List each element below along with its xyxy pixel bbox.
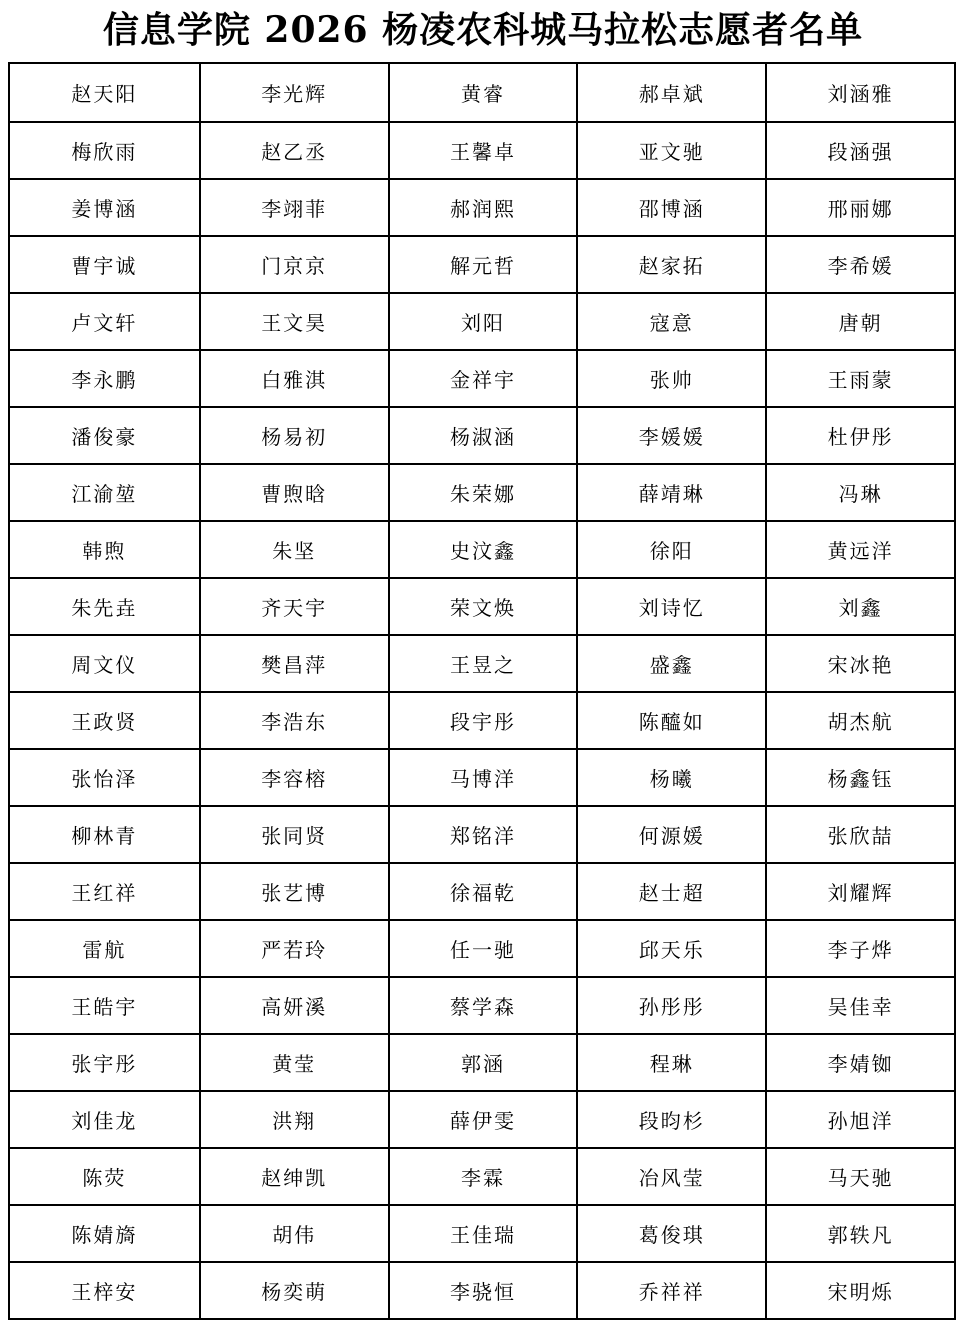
name-cell: 胡杰航 [765, 693, 954, 748]
name-cell: 朱荣娜 [388, 465, 577, 520]
name-cell: 郝润熙 [388, 180, 577, 235]
name-cell: 白雅淇 [199, 351, 388, 406]
name-cell: 段宇彤 [388, 693, 577, 748]
name-cell: 郑铭洋 [388, 807, 577, 862]
name-cell: 杨易初 [199, 408, 388, 463]
name-cell: 江渝堃 [10, 465, 199, 520]
name-cell: 杨淑涵 [388, 408, 577, 463]
table-row: 李永鹏白雅淇金祥宇张帅王雨蒙 [10, 349, 954, 406]
name-cell: 朱先垚 [10, 579, 199, 634]
name-cell: 李婧铷 [765, 1035, 954, 1090]
name-cell: 邱天乐 [576, 921, 765, 976]
name-cell: 黄莹 [199, 1035, 388, 1090]
table-row: 陈荧赵绅凯李霖冶风莹马天驰 [10, 1147, 954, 1204]
table-row: 梅欣雨赵乙丞王馨卓亚文驰段涵强 [10, 121, 954, 178]
name-cell: 宋冰艳 [765, 636, 954, 691]
name-cell: 乔祥祥 [576, 1263, 765, 1318]
name-cell: 陈荧 [10, 1149, 199, 1204]
table-row: 张宇彤黄莹郭涵程琳李婧铷 [10, 1033, 954, 1090]
table-row: 王政贤李浩东段宇彤陈醯如胡杰航 [10, 691, 954, 748]
name-cell: 潘俊豪 [10, 408, 199, 463]
table-row: 卢文轩王文昊刘阳寇意唐朝 [10, 292, 954, 349]
volunteer-table: 赵天阳李光辉黄睿郝卓斌刘涵雅梅欣雨赵乙丞王馨卓亚文驰段涵强姜博涵李翊菲郝润熙邵博… [8, 62, 956, 1320]
name-cell: 赵绅凯 [199, 1149, 388, 1204]
name-cell: 陈婧旖 [10, 1206, 199, 1261]
name-cell: 徐福乾 [388, 864, 577, 919]
name-cell: 曹煦晗 [199, 465, 388, 520]
name-cell: 杨鑫钰 [765, 750, 954, 805]
name-cell: 齐天宇 [199, 579, 388, 634]
table-row: 雷航严若玲任一驰邱天乐李子烨 [10, 919, 954, 976]
name-cell: 陈醯如 [576, 693, 765, 748]
name-cell: 李翊菲 [199, 180, 388, 235]
name-cell: 段涵强 [765, 123, 954, 178]
name-cell: 严若玲 [199, 921, 388, 976]
name-cell: 马天驰 [765, 1149, 954, 1204]
name-cell: 周文仪 [10, 636, 199, 691]
name-cell: 盛鑫 [576, 636, 765, 691]
name-cell: 任一驰 [388, 921, 577, 976]
name-cell: 何源媛 [576, 807, 765, 862]
name-cell: 樊昌萍 [199, 636, 388, 691]
name-cell: 薛靖琳 [576, 465, 765, 520]
name-cell: 赵士超 [576, 864, 765, 919]
name-cell: 郭涵 [388, 1035, 577, 1090]
name-cell: 寇意 [576, 294, 765, 349]
name-cell: 李骁恒 [388, 1263, 577, 1318]
name-cell: 雷航 [10, 921, 199, 976]
name-cell: 王文昊 [199, 294, 388, 349]
name-cell: 杜伊彤 [765, 408, 954, 463]
name-cell: 王昱之 [388, 636, 577, 691]
name-cell: 史汶鑫 [388, 522, 577, 577]
table-row: 王皓宇高妍溪蔡学森孙彤彤吴佳幸 [10, 976, 954, 1033]
name-cell: 刘耀辉 [765, 864, 954, 919]
table-row: 王梓安杨奕萌李骁恒乔祥祥宋明烁 [10, 1261, 954, 1318]
name-cell: 洪翔 [199, 1092, 388, 1147]
name-cell: 柳林青 [10, 807, 199, 862]
name-cell: 徐阳 [576, 522, 765, 577]
name-cell: 王皓宇 [10, 978, 199, 1033]
table-row: 姜博涵李翊菲郝润熙邵博涵邢丽娜 [10, 178, 954, 235]
name-cell: 宋明烁 [765, 1263, 954, 1318]
name-cell: 张怡泽 [10, 750, 199, 805]
name-cell: 吴佳幸 [765, 978, 954, 1033]
name-cell: 薛伊雯 [388, 1092, 577, 1147]
table-row: 曹宇诚门京京解元哲赵家拓李希媛 [10, 235, 954, 292]
name-cell: 杨奕萌 [199, 1263, 388, 1318]
name-cell: 唐朝 [765, 294, 954, 349]
table-row: 韩煦朱坚史汶鑫徐阳黄远洋 [10, 520, 954, 577]
table-row: 江渝堃曹煦晗朱荣娜薛靖琳冯琳 [10, 463, 954, 520]
table-row: 刘佳龙洪翔薛伊雯段昀杉孙旭洋 [10, 1090, 954, 1147]
name-cell: 程琳 [576, 1035, 765, 1090]
name-cell: 郭轶凡 [765, 1206, 954, 1261]
name-cell: 李希媛 [765, 237, 954, 292]
name-cell: 赵乙丞 [199, 123, 388, 178]
name-cell: 解元哲 [388, 237, 577, 292]
name-cell: 黄睿 [388, 64, 577, 121]
name-cell: 张宇彤 [10, 1035, 199, 1090]
name-cell: 葛俊琪 [576, 1206, 765, 1261]
name-cell: 曹宇诚 [10, 237, 199, 292]
name-cell: 邵博涵 [576, 180, 765, 235]
table-row: 朱先垚齐天宇荣文焕刘诗忆刘鑫 [10, 577, 954, 634]
name-cell: 刘佳龙 [10, 1092, 199, 1147]
name-cell: 冶风莹 [576, 1149, 765, 1204]
name-cell: 冯琳 [765, 465, 954, 520]
name-cell: 李子烨 [765, 921, 954, 976]
name-cell: 蔡学森 [388, 978, 577, 1033]
name-cell: 朱坚 [199, 522, 388, 577]
name-cell: 张艺博 [199, 864, 388, 919]
name-cell: 荣文焕 [388, 579, 577, 634]
name-cell: 梅欣雨 [10, 123, 199, 178]
name-cell: 韩煦 [10, 522, 199, 577]
name-cell: 马博洋 [388, 750, 577, 805]
name-cell: 门京京 [199, 237, 388, 292]
name-cell: 李浩东 [199, 693, 388, 748]
name-cell: 段昀杉 [576, 1092, 765, 1147]
name-cell: 李光辉 [199, 64, 388, 121]
name-cell: 孙旭洋 [765, 1092, 954, 1147]
name-cell: 张欣喆 [765, 807, 954, 862]
name-cell: 孙彤彤 [576, 978, 765, 1033]
table-row: 潘俊豪杨易初杨淑涵李媛媛杜伊彤 [10, 406, 954, 463]
name-cell: 王佳瑞 [388, 1206, 577, 1261]
table-row: 赵天阳李光辉黄睿郝卓斌刘涵雅 [10, 64, 954, 121]
table-row: 陈婧旖胡伟王佳瑞葛俊琪郭轶凡 [10, 1204, 954, 1261]
name-cell: 李永鹏 [10, 351, 199, 406]
name-cell: 卢文轩 [10, 294, 199, 349]
table-row: 周文仪樊昌萍王昱之盛鑫宋冰艳 [10, 634, 954, 691]
name-cell: 姜博涵 [10, 180, 199, 235]
name-cell: 刘涵雅 [765, 64, 954, 121]
name-cell: 黄远洋 [765, 522, 954, 577]
name-cell: 赵家拓 [576, 237, 765, 292]
name-cell: 王红祥 [10, 864, 199, 919]
name-cell: 张帅 [576, 351, 765, 406]
name-cell: 赵天阳 [10, 64, 199, 121]
name-cell: 胡伟 [199, 1206, 388, 1261]
name-cell: 王政贤 [10, 693, 199, 748]
name-cell: 金祥宇 [388, 351, 577, 406]
name-cell: 邢丽娜 [765, 180, 954, 235]
name-cell: 杨曦 [576, 750, 765, 805]
name-cell: 李媛媛 [576, 408, 765, 463]
name-cell: 王梓安 [10, 1263, 199, 1318]
name-cell: 李霖 [388, 1149, 577, 1204]
name-cell: 亚文驰 [576, 123, 765, 178]
name-cell: 郝卓斌 [576, 64, 765, 121]
document-page: 信息学院 2026 杨凌农科城马拉松志愿者名单 赵天阳李光辉黄睿郝卓斌刘涵雅梅欣… [0, 0, 966, 1322]
name-cell: 王馨卓 [388, 123, 577, 178]
name-cell: 张同贤 [199, 807, 388, 862]
page-title: 信息学院 2026 杨凌农科城马拉松志愿者名单 [0, 2, 966, 53]
table-row: 张怡泽李容榕马博洋杨曦杨鑫钰 [10, 748, 954, 805]
name-cell: 高妍溪 [199, 978, 388, 1033]
name-cell: 刘诗忆 [576, 579, 765, 634]
table-row: 王红祥张艺博徐福乾赵士超刘耀辉 [10, 862, 954, 919]
name-cell: 刘鑫 [765, 579, 954, 634]
name-cell: 王雨蒙 [765, 351, 954, 406]
name-cell: 李容榕 [199, 750, 388, 805]
table-row: 柳林青张同贤郑铭洋何源媛张欣喆 [10, 805, 954, 862]
name-cell: 刘阳 [388, 294, 577, 349]
